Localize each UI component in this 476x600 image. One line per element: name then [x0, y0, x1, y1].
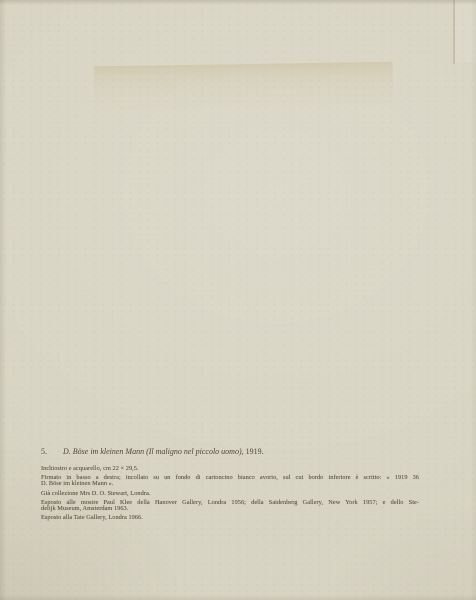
- signature-paragraph: Firmato in basso a destra; incollato su …: [41, 475, 419, 488]
- exhibitions-line-2: delijk Museum, Amsterdam 1963.: [41, 506, 419, 512]
- plate-offset-stain: [94, 62, 394, 115]
- catalogue-number: 5.: [41, 447, 63, 457]
- tate-exhibition-line: Esposto alla Tate Gallery, Londra 1966.: [41, 515, 419, 521]
- catalogue-entry: 5.D. Böse im kleinen Mann (Il maligno ne…: [41, 447, 419, 525]
- medium-line: Inchiostro e acquarello, cm 22 × 29,5.: [41, 466, 419, 472]
- provenance-text: Già collezione Mrs D. O. Stewart, Londra…: [41, 491, 419, 497]
- signature-line-2: D. Böse im kleinen Mann ».: [41, 481, 419, 487]
- entry-title-line: 5.D. Böse im kleinen Mann (Il maligno ne…: [41, 447, 419, 457]
- book-page: 5.D. Böse im kleinen Mann (Il maligno ne…: [0, 0, 476, 600]
- medium-text: Inchiostro e acquarello, cm 22 × 29,5.: [41, 466, 419, 472]
- exhibitions-paragraph: Esposto alle mostre Paul Klee della Hano…: [41, 500, 419, 513]
- artwork-title: D. Böse im kleinen Mann (Il maligno nel …: [63, 447, 242, 456]
- page-edge-highlight: [455, 0, 476, 62]
- tate-exhibition-text: Esposto alla Tate Gallery, Londra 1966.: [41, 515, 419, 521]
- artwork-date: , 1919.: [242, 447, 264, 456]
- provenance-line: Già collezione Mrs D. O. Stewart, Londra…: [41, 491, 419, 497]
